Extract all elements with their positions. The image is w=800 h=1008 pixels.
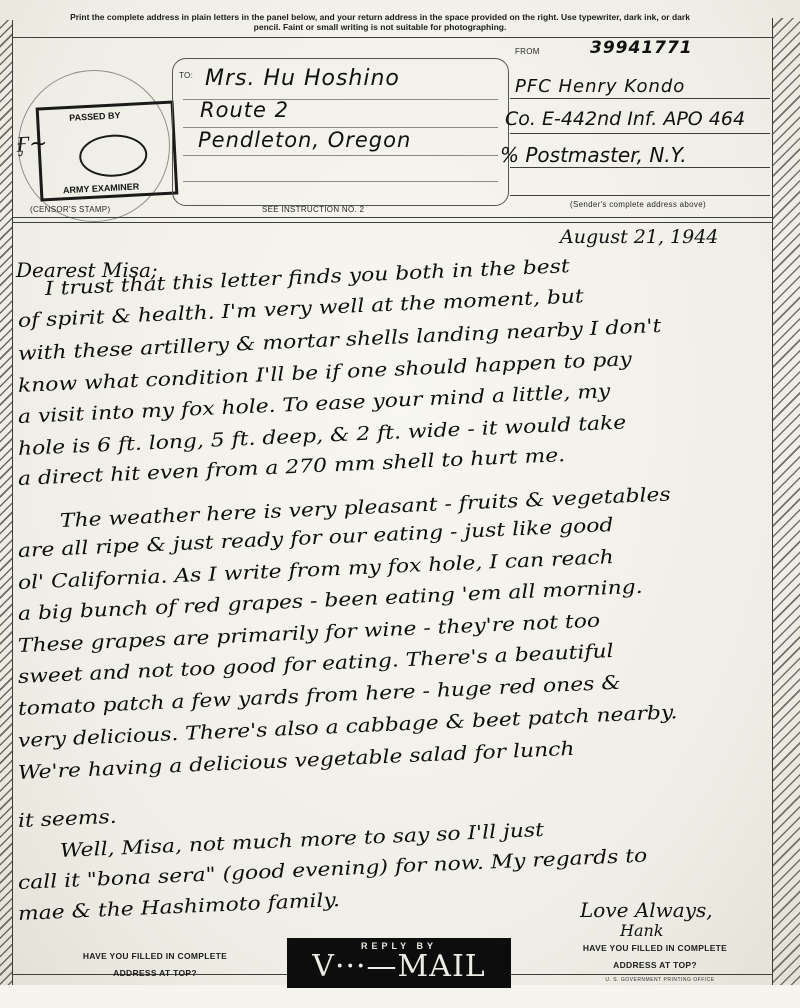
form-instructions: Print the complete address in plain lett… xyxy=(60,12,700,32)
reply-by-vmail-banner: REPLY BY V···—MAIL xyxy=(287,938,511,988)
sender-rule xyxy=(510,167,770,168)
footer-left-line1: HAVE YOU FILLED IN COMPLETE xyxy=(40,948,270,965)
see-instruction-label: SEE INSTRUCTION NO. 2 xyxy=(262,205,364,214)
footer-reminder-left: HAVE YOU FILLED IN COMPLETE ADDRESS AT T… xyxy=(40,948,270,982)
from-label: FROM xyxy=(515,47,540,56)
censor-stamp-bottom: ARMY EXAMINER xyxy=(63,181,140,195)
address-section-rule-double xyxy=(12,222,772,223)
censor-stamp-label: (CENSOR'S STAMP) xyxy=(30,205,110,214)
to-label: TO: xyxy=(179,71,193,80)
censor-signature: Ӻ~ xyxy=(16,130,48,158)
recipient-city-state: Pendleton, Oregon xyxy=(198,128,411,152)
censor-stamp-oval xyxy=(78,133,148,179)
letter-closing: Love Always, xyxy=(580,898,713,922)
right-border-hatching xyxy=(772,18,800,985)
censor-stamp: PASSED BY Ӻ~ ARMY EXAMINER xyxy=(36,100,179,201)
censor-stamp-top: PASSED BY xyxy=(69,110,121,123)
address-rule xyxy=(183,155,498,156)
recipient-name: Mrs. Hu Hoshino xyxy=(205,66,400,91)
footer-reminder-right: HAVE YOU FILLED IN COMPLETE ADDRESS AT T… xyxy=(540,940,770,974)
address-rule xyxy=(183,181,498,182)
sender-postmaster: % Postmaster, N.Y. xyxy=(500,143,687,167)
footer-right-line2: ADDRESS AT TOP? xyxy=(540,957,770,974)
letter-line: it seems. xyxy=(18,806,118,832)
sender-rule xyxy=(510,98,770,99)
sender-name: PFC Henry Kondo xyxy=(515,76,685,97)
vmail-logo: V···—MAIL xyxy=(287,951,511,983)
letter-signature: Hank xyxy=(620,921,664,940)
sender-unit: Co. E-442nd Inf. APO 464 xyxy=(505,108,745,130)
left-border-hatching xyxy=(0,20,13,985)
recipient-street: Route 2 xyxy=(200,98,289,122)
sender-address-label: (Sender's complete address above) xyxy=(570,200,706,209)
sender-rule xyxy=(510,133,770,134)
address-section-rule xyxy=(12,217,772,218)
footer-right-line1: HAVE YOU FILLED IN COMPLETE xyxy=(540,940,770,957)
footer-left-line2: ADDRESS AT TOP? xyxy=(40,965,270,982)
letter-date: August 21, 1944 xyxy=(560,226,718,248)
background-strip xyxy=(0,985,800,1008)
printing-office-imprint: U. S. GOVERNMENT PRINTING OFFICE xyxy=(555,977,765,983)
serial-number: 39941771 xyxy=(590,38,693,58)
sender-rule xyxy=(510,195,770,196)
